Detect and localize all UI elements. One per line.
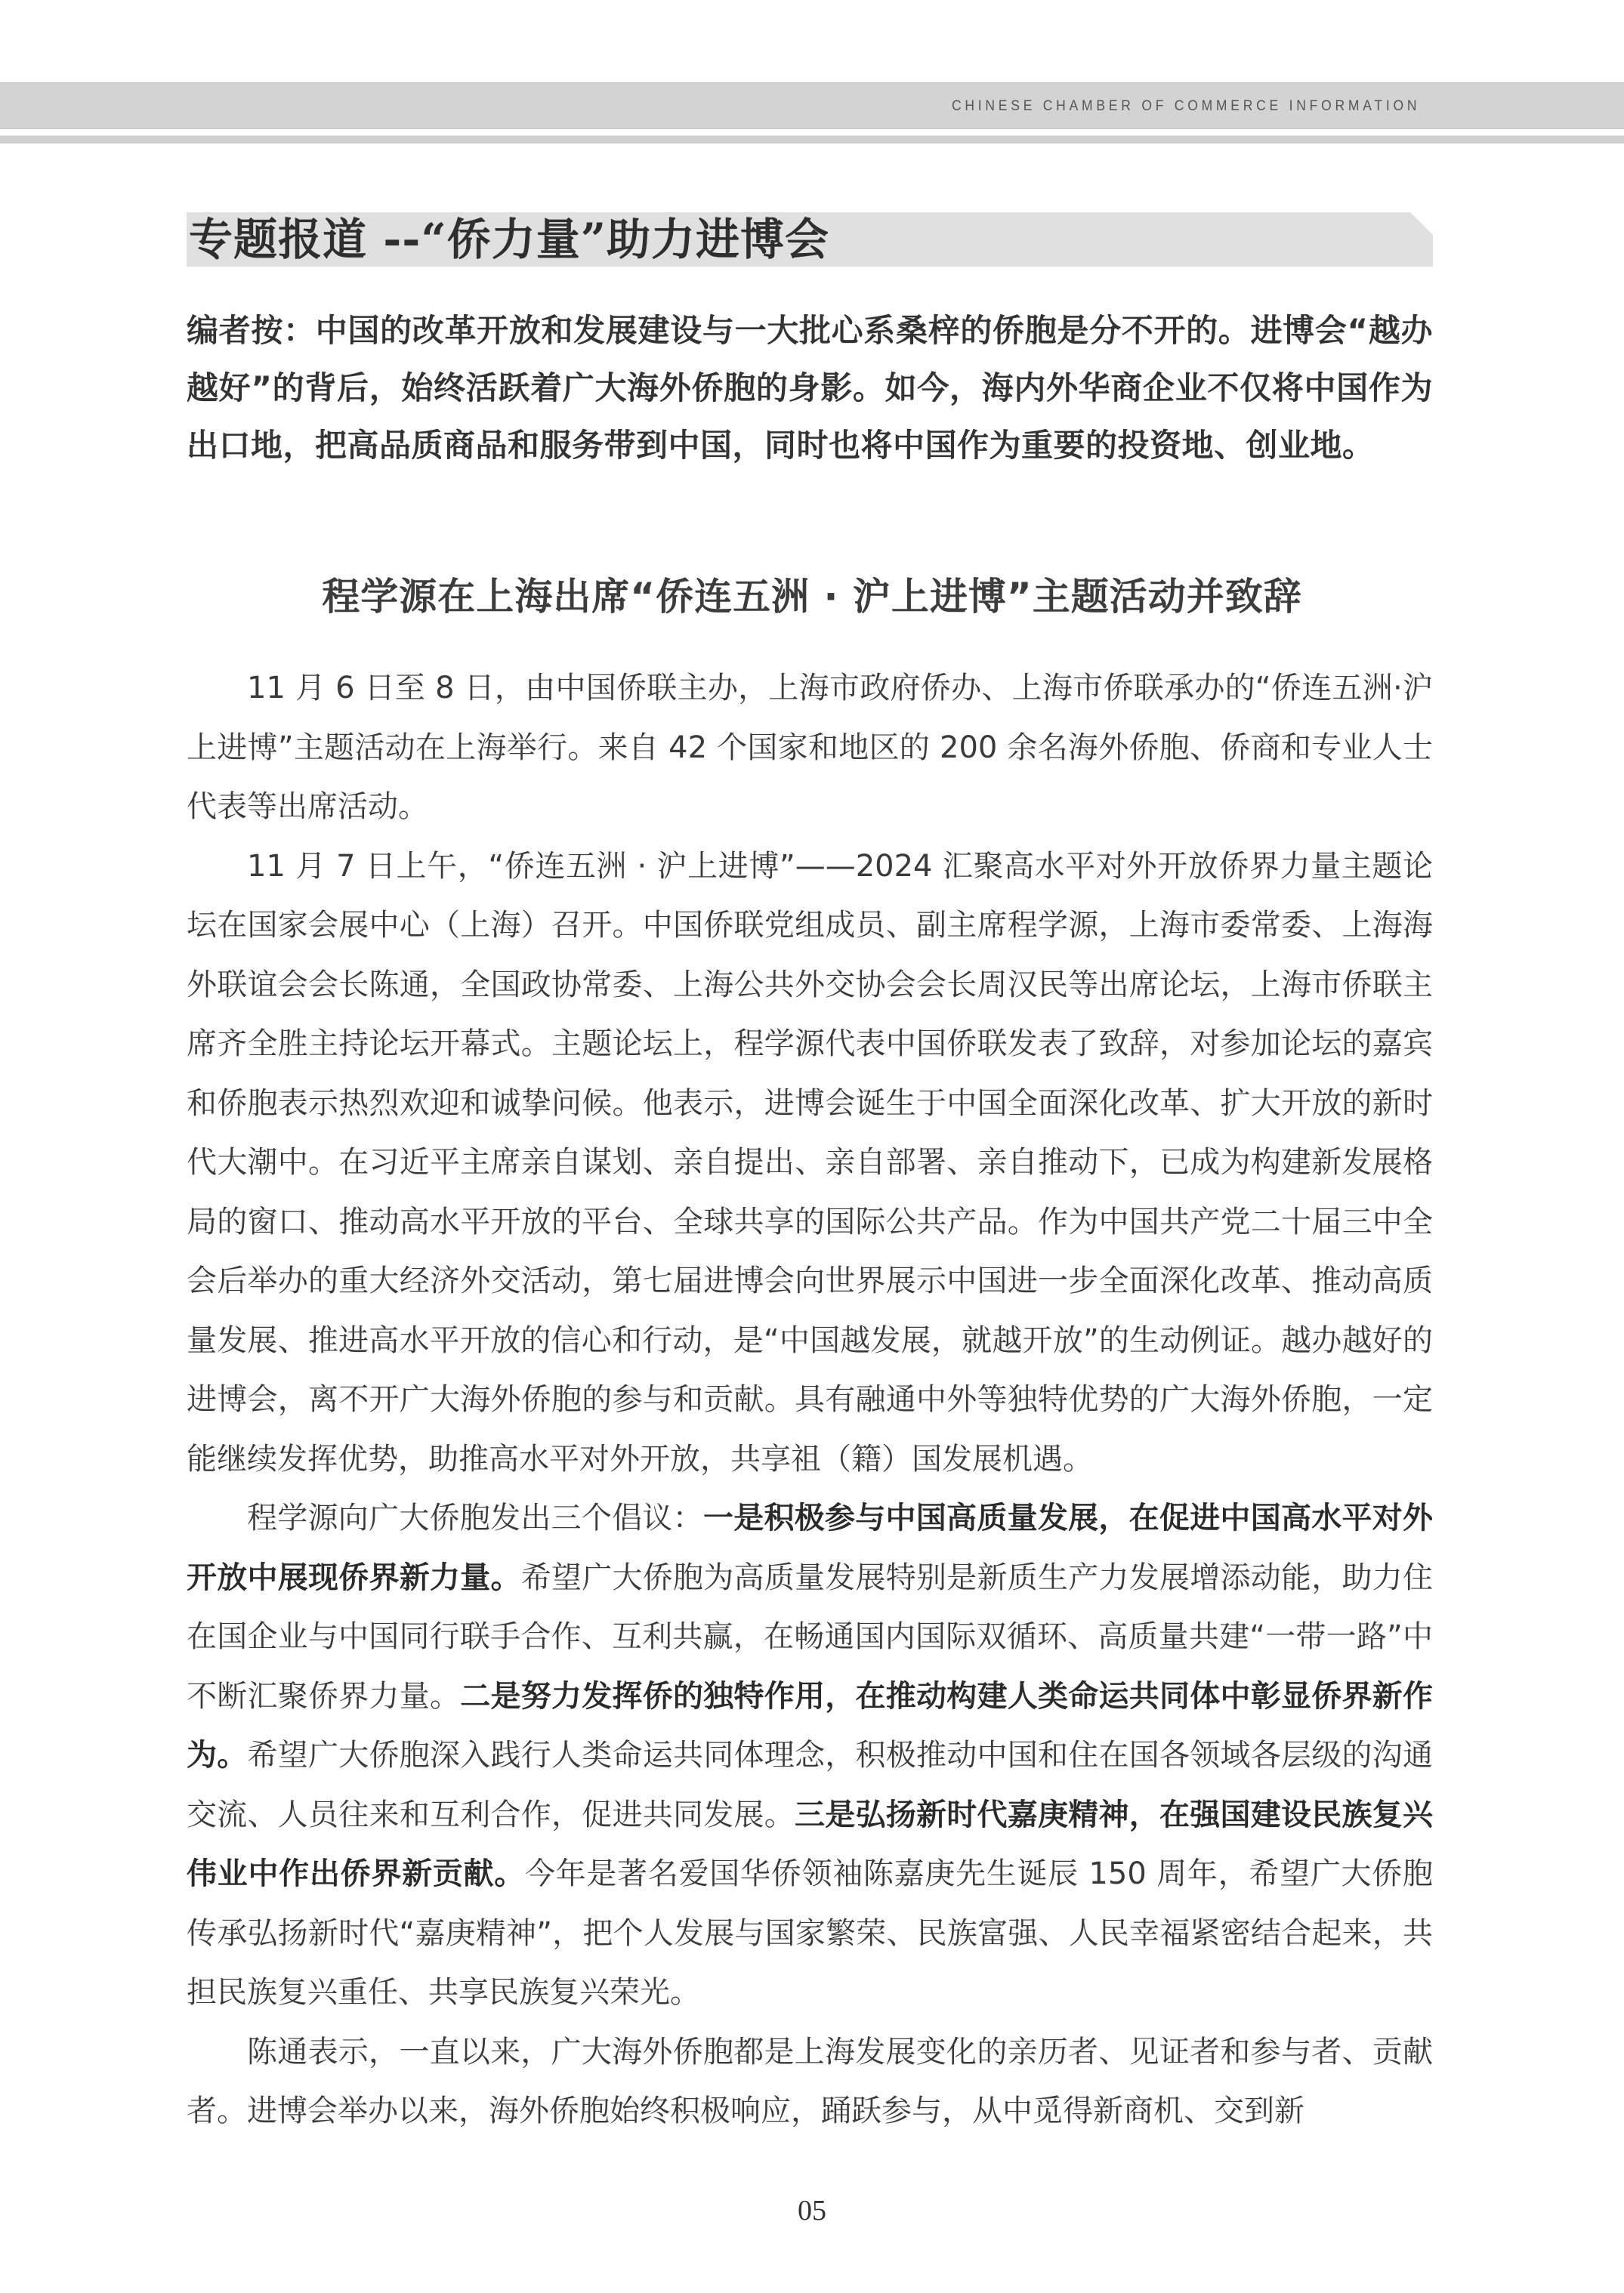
article-body: 11 月 6 日至 8 日，由中国侨联主办，上海市政府侨办、上海市侨联承办的“侨… (187, 659, 1433, 2141)
paragraph: 11 月 6 日至 8 日，由中国侨联主办，上海市政府侨办、上海市侨联承办的“侨… (187, 659, 1433, 837)
header-divider (0, 135, 1624, 144)
page-number: 05 (0, 2194, 1624, 2227)
publication-name: CHINESE CHAMBER OF COMMERCE INFORMATION (952, 98, 1420, 115)
section-title: 专题报道 --“侨力量”助力进博会 (189, 211, 829, 268)
paragraph: 陈通表示，一直以来，广大海外侨胞都是上海发展变化的亲历者、见证者和参与者、贡献者… (187, 2023, 1433, 2141)
paragraph: 程学源向广大侨胞发出三个倡议：一是积极参与中国高质量发展，在促进中国高水平对外开… (187, 1489, 1433, 2023)
paragraph: 11 月 7 日上午，“侨连五洲 · 沪上进博”——2024 汇聚高水平对外开放… (187, 837, 1433, 1489)
text-run: 11 月 7 日上午，“侨连五洲 · 沪上进博”——2024 汇聚高水平对外开放… (187, 849, 1433, 1477)
text-run: 11 月 6 日至 8 日，由中国侨联主办，上海市政府侨办、上海市侨联承办的“侨… (187, 671, 1433, 824)
article-title: 程学源在上海出席“侨连五洲 · 沪上进博”主题活动并致辞 (0, 566, 1624, 627)
editor-note: 编者按：中国的改革开放和发展建设与一大批心系桑梓的侨胞是分不开的。进博会“越办越… (187, 302, 1433, 474)
text-run: 陈通表示，一直以来，广大海外侨胞都是上海发展变化的亲历者、见证者和参与者、贡献者… (187, 2035, 1433, 2129)
header-band: CHINESE CHAMBER OF COMMERCE INFORMATION (0, 82, 1624, 129)
text-run: 程学源向广大侨胞发出三个倡议： (247, 1501, 703, 1535)
